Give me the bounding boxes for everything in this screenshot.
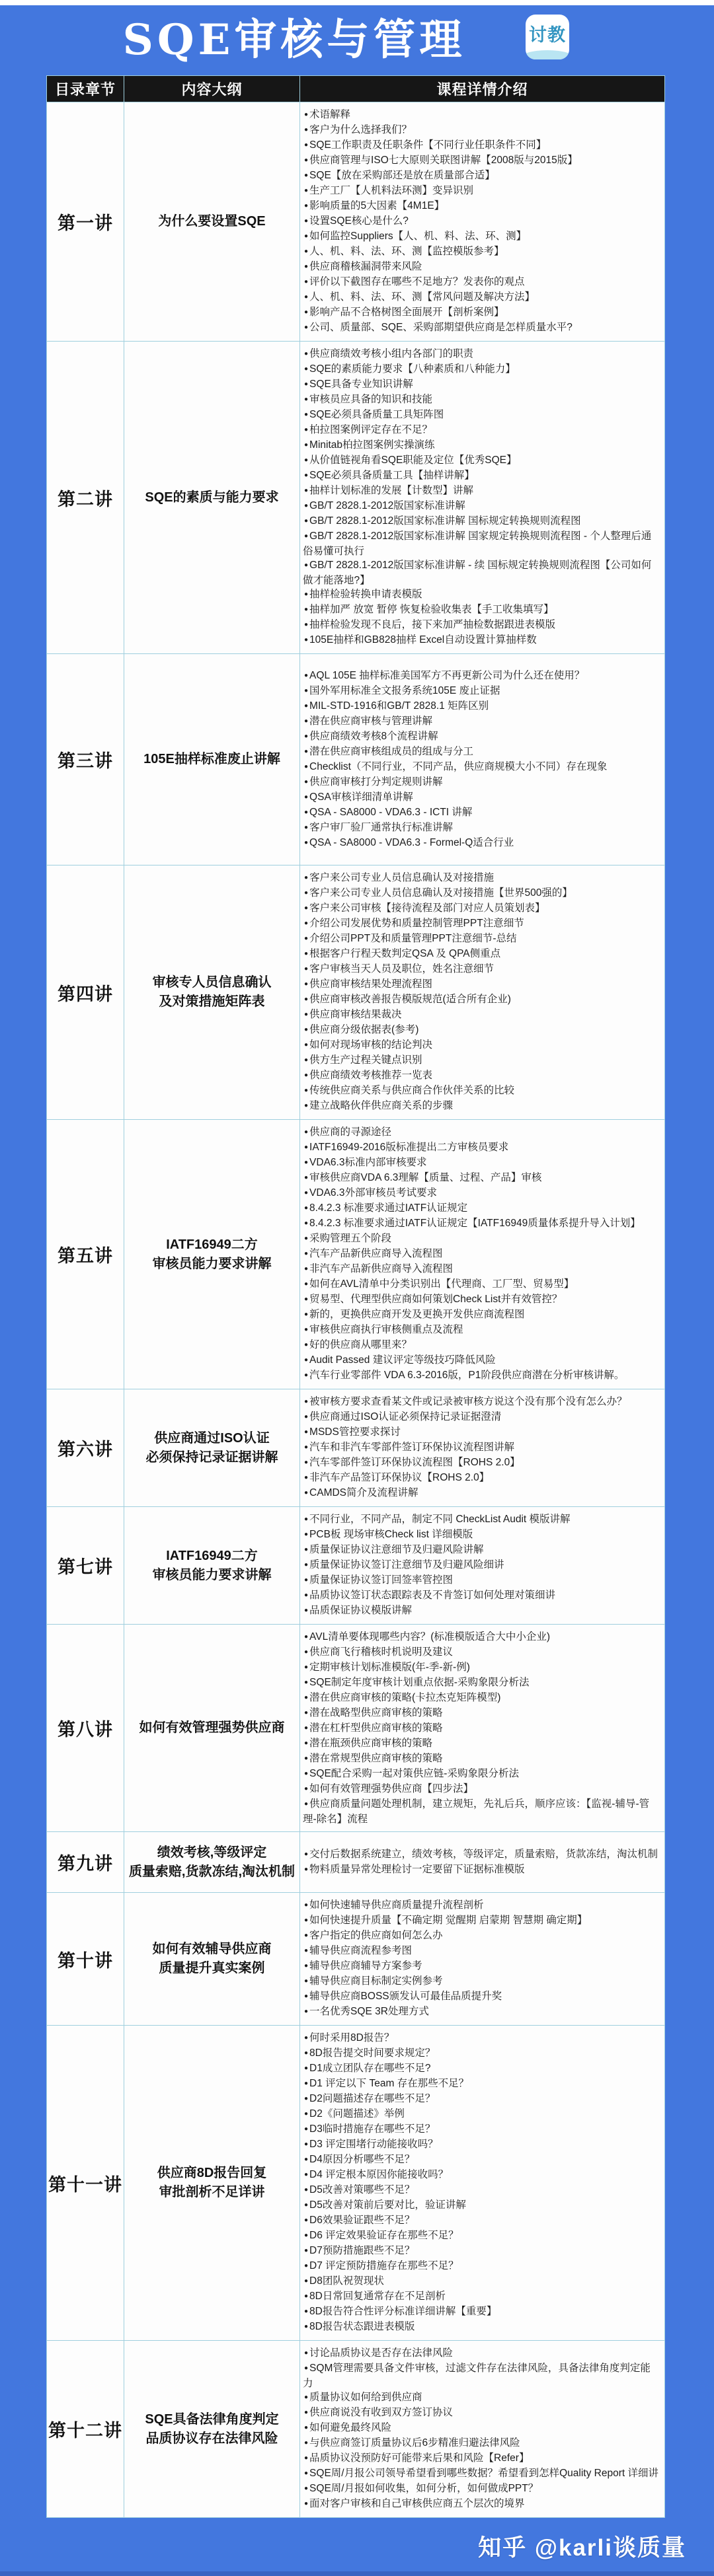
detail-item: 供应商的寻源途径: [303, 1125, 660, 1140]
detail-item: 品质协议签订状态跟踪表及不肯签订如何处理对策细讲: [303, 1588, 660, 1603]
chapter-cell: 第四讲: [47, 865, 124, 1120]
detail-item: SQE必须具备质量工具【抽样讲解】: [303, 468, 660, 484]
table-row: 第四讲 审核专人员信息确认 及对策措施矩阵表 客户来公司专业人员信息确认及对接措…: [47, 865, 665, 1120]
detail-item: 汽车产品新供应商导入流程图: [303, 1247, 660, 1262]
detail-item: SQE【放在采购部还是放在质量部合适】: [303, 168, 660, 184]
detail-item: GB/T 2828.1-2012版国家标准讲解: [303, 499, 660, 514]
detail-item: 供应商说没有收到双方签订协议: [303, 2406, 660, 2421]
detail-item: GB/T 2828.1-2012版国家标准讲解 - 续 国标规定转换规则流程图【…: [303, 558, 660, 587]
detail-item: D7 评定预防措施存在那些不足？: [303, 2259, 660, 2274]
detail-item: 审核员应具备的知识和技能: [303, 392, 660, 408]
detail-item: 非汽车产品签订环保协议【ROHS 2.0】: [303, 1471, 660, 1486]
detail-item: QSA - SA8000 - VDA6.3 - Formel-Q适合行业: [303, 836, 660, 851]
table-row: 第十一讲 供应商8D报告回复 审批剖析不足详讲 何时采用8D报告？8D报告提交时…: [47, 2026, 665, 2341]
detail-item: 从价值链视角看SQE职能及定位【优秀SQE】: [303, 453, 660, 468]
detail-item: 抽样检验转换申请表模版: [303, 587, 660, 603]
detail-item: 供应商质量问题处理机制，建立规矩，先礼后兵，顺序应该：【监视-辅导-管理-除名】…: [303, 1797, 660, 1826]
detail-item: 一名优秀SQE 3R处理方式: [303, 2005, 660, 2020]
detail-item: QSA - SA8000 - VDA6.3 - ICTI 讲解: [303, 805, 660, 821]
detail-item: 不同行业，不同产品，制定不同 CheckList Audit 模版讲解: [303, 1512, 660, 1527]
brand-logo-icon: 讨教: [526, 15, 569, 59]
detail-item: 如何监控Suppliers【人、机、料、法、环、测】: [303, 229, 660, 244]
details-cell: 供应商绩效考核小组内各部门的职责SQE的素质能力要求【八种素质和八种能力】SQE…: [300, 342, 665, 654]
detail-item: 介绍公司发展优势和质量控制管理PPT注意细节: [303, 916, 660, 932]
detail-item: 传统供应商关系与供应商合作伙伴关系的比较: [303, 1084, 660, 1099]
detail-item: 生产工厂【人机料法环测】变异识别: [303, 184, 660, 199]
table-row: 第二讲 SQE的素质与能力要求 供应商绩效考核小组内各部门的职责SQE的素质能力…: [47, 342, 665, 654]
outline-cell: 供应商8D报告回复 审批剖析不足详讲: [124, 2026, 300, 2341]
detail-item: 潜在供应商审核组成员的组成与分工: [303, 745, 660, 760]
outline-cell: 如何有效辅导供应商 质量提升真实案例: [124, 1893, 300, 2026]
page-footer: 知乎 @karli谈质量: [0, 2518, 714, 2576]
detail-item: QSA审核详细清单讲解: [303, 790, 660, 805]
detail-item: SQE工作职责及任职条件【不同行业任职条件不同】: [303, 138, 660, 153]
detail-item: 审核供应商执行审核侧重点及流程: [303, 1323, 660, 1338]
detail-item: CAMDS简介及流程讲解: [303, 1486, 660, 1501]
detail-item: VDA6.3外部审核员考试要求: [303, 1186, 660, 1201]
outline-cell: 105E抽样标准废止讲解: [124, 654, 300, 865]
chapter-cell: 第九讲: [47, 1832, 124, 1893]
details-cell: AQL 105E 抽样标准美国军方不再更新公司为什么还在使用？国外军用标准全文报…: [300, 654, 665, 865]
detail-item: 品质保证协议模版讲解: [303, 1603, 660, 1619]
detail-item: 辅导供应商目标制定实例参考: [303, 1974, 660, 1989]
detail-item: D5改善对策前后要对比，验证讲解: [303, 2198, 660, 2213]
detail-item: SQE的素质能力要求【八种素质和八种能力】: [303, 362, 660, 377]
detail-item: 供应商管理与ISO七大原则关联图讲解【2008版与2015版】: [303, 153, 660, 168]
outline-cell: 如何有效管理强势供应商: [124, 1625, 300, 1832]
detail-item: GB/T 2828.1-2012版国家标准讲解 国标规定转换规则流程图: [303, 514, 660, 529]
detail-item: 如何快速提升质量【不确定期 觉醒期 启蒙期 智慧期 确定期】: [303, 1913, 660, 1929]
detail-item: 好的供应商从哪里来？: [303, 1338, 660, 1353]
detail-item: IATF16949-2016版标准提出二方审核员要求: [303, 1140, 660, 1156]
detail-item: 术语解释: [303, 108, 660, 123]
table-header-row: 目录章节 内容大纲 课程详情介绍: [47, 76, 665, 102]
outline-cell: SQE具备法律角度判定 品质协议存在法律风险: [124, 2341, 300, 2518]
outline-cell: 审核专人员信息确认 及对策措施矩阵表: [124, 865, 300, 1120]
detail-item: 交付后数据系统建立，绩效考核，等级评定，质量索赔，货款冻结，淘汰机制: [303, 1847, 660, 1862]
detail-item: 抽样加严 放宽 暂停 恢复检验收集表【手工收集填写】: [303, 603, 660, 618]
detail-item: 抽样计划标准的发展【计数型】讲解: [303, 484, 660, 499]
detail-item: 如何有效管理强势供应商【四步法】: [303, 1782, 660, 1797]
detail-item: D3临时措施存在哪些不足？: [303, 2122, 660, 2137]
details-cell: 客户来公司专业人员信息确认及对接措施客户来公司专业人员信息确认及对接措施【世界5…: [300, 865, 665, 1120]
detail-item: 设置SQE核心是什么?: [303, 214, 660, 229]
detail-item: 客户来公司专业人员信息确认及对接措施: [303, 871, 660, 886]
detail-item: D7预防措施跟些不足？: [303, 2244, 660, 2259]
detail-item: SQE具备专业知识讲解: [303, 377, 660, 392]
detail-item: MIL-STD-1916和GB/T 2828.1 矩阵区别: [303, 699, 660, 714]
detail-item: 讨论品质协议是否存在法律风险: [303, 2346, 660, 2361]
detail-item: 供应商绩效考核推荐一览表: [303, 1068, 660, 1084]
detail-item: 被审核方要求查看某文件或记录被审核方说这个没有那个没有怎么办？: [303, 1395, 660, 1410]
details-cell: 何时采用8D报告？8D报告提交时间要求规定？D1成立团队存在哪些不足?D1 评定…: [300, 2026, 665, 2341]
detail-item: D2《问题描述》举例: [303, 2107, 660, 2122]
detail-item: 质量保证协议注意细节及归避风险讲解: [303, 1543, 660, 1558]
detail-item: D4 评定根本原因你能接收吗？: [303, 2168, 660, 2183]
chapter-cell: 第五讲: [47, 1120, 124, 1389]
detail-item: D5改善对策哪些不足？: [303, 2183, 660, 2198]
detail-item: 客户为什么选择我们？: [303, 123, 660, 138]
detail-item: 柏拉图案例评定存在不足？: [303, 423, 660, 438]
logo-text: 讨教: [526, 20, 569, 46]
detail-item: 105E抽样和GB828抽样 Excel自动设置计算抽样数: [303, 633, 660, 648]
detail-item: AVL清单要体现哪些内容？(标准模版适合大中小企业): [303, 1630, 660, 1645]
footer-credit: 知乎 @karli谈质量: [478, 2530, 686, 2563]
outline-cell: SQE的素质与能力要求: [124, 342, 300, 654]
page-root: { "header": { "title": "SQE审核与管理", "logo…: [0, 0, 714, 2576]
top-white-strip: [0, 0, 714, 5]
detail-item: PCB板 现场审核Check list 详细模版: [303, 1527, 660, 1543]
detail-item: 8.4.2.3 标准要求通过IATF认证规定【IATF16949质量体系提升导入…: [303, 1216, 660, 1232]
detail-item: 供应商审核结果裁决: [303, 1008, 660, 1023]
detail-item: 如何对现场审核的结论判决: [303, 1038, 660, 1053]
detail-item: 面对客户审核和自己审核供应商五个层次的境界: [303, 2497, 660, 2512]
outline-cell: IATF16949二方 审核员能力要求讲解: [124, 1120, 300, 1389]
table-row: 第十讲 如何有效辅导供应商 质量提升真实案例 如何快速辅导供应商质量提升流程剖析…: [47, 1893, 665, 2026]
detail-item: SQE必须具备质量工具矩阵图: [303, 408, 660, 423]
detail-item: D8团队祝贺现状: [303, 2274, 660, 2289]
detail-item: 审核供应商VDA 6.3理解【质量、过程、产品】审核: [303, 1171, 660, 1186]
detail-item: 定期审核计划标准模版(年-季-新-例): [303, 1660, 660, 1675]
table-body: 第一讲 为什么要设置SQE 术语解释客户为什么选择我们？SQE工作职责及任职条件…: [47, 102, 665, 2518]
detail-item: 供应商审核打分判定规则讲解: [303, 775, 660, 790]
detail-item: Checklist（不同行业，不同产品，供应商规模大小不同）存在现象: [303, 760, 660, 775]
detail-item: Audit Passed 建议评定等级技巧降低风险: [303, 1353, 660, 1368]
detail-item: 辅导供应商辅导方案参考: [303, 1959, 660, 1974]
detail-item: 物料质量异常处理检讨一定要留下证据标准模版: [303, 1862, 660, 1878]
detail-item: 供应商分级依据表(参考): [303, 1023, 660, 1038]
detail-item: GB/T 2828.1-2012版国家标准讲解 国家规定转换规则流程图 - 个人…: [303, 529, 660, 558]
details-cell: 讨论品质协议是否存在法律风险SQM管理需要具备文件审核，过滤文件存在法律风险，具…: [300, 2341, 665, 2518]
detail-item: 如何在AVL清单中分类识别出【代理商、工厂型、贸易型】: [303, 1277, 660, 1292]
detail-item: Minitab柏拉图案例实操演练: [303, 438, 660, 453]
detail-item: 新的，更换供应商开发及更换开发供应商流程图: [303, 1307, 660, 1323]
details-cell: 如何快速辅导供应商质量提升流程剖析如何快速提升质量【不确定期 觉醒期 启蒙期 智…: [300, 1893, 665, 2026]
table-row: 第六讲 供应商通过ISO认证 必须保持记录证据讲解 被审核方要求查看某文件或记录…: [47, 1389, 665, 1507]
detail-item: 公司、质量部、SQE、采购部期望供应商是怎样质量水平?: [303, 320, 660, 336]
detail-item: 客户审核当天人员及职位，姓名注意细节: [303, 962, 660, 977]
details-cell: 被审核方要求查看某文件或记录被审核方说这个没有那个没有怎么办？供应商通过ISO认…: [300, 1389, 665, 1507]
outline-cell: IATF16949二方 审核员能力要求讲解: [124, 1507, 300, 1625]
table-row: 第一讲 为什么要设置SQE 术语解释客户为什么选择我们？SQE工作职责及任职条件…: [47, 102, 665, 342]
detail-item: 如何避免最终风险: [303, 2421, 660, 2436]
table-row: 第五讲 IATF16949二方 审核员能力要求讲解 供应商的寻源途径IATF16…: [47, 1120, 665, 1389]
detail-item: 质量保证协议签订注意细节及归避风险细讲: [303, 1558, 660, 1573]
detail-item: 建立战略伙伴供应商关系的步骤: [303, 1099, 660, 1114]
detail-item: SQE制定年度审核计划重点依据-采购象限分析法: [303, 1675, 660, 1691]
detail-item: MSDS管控要求探讨: [303, 1425, 660, 1440]
detail-item: 客户来公司审核【接待流程及部门对应人员策划表】: [303, 901, 660, 916]
header-cell-chapter: 目录章节: [47, 76, 124, 102]
chapter-cell: 第二讲: [47, 342, 124, 654]
detail-item: VDA6.3标准内部审核要求: [303, 1156, 660, 1171]
detail-item: 质量协议如何给到供应商: [303, 2390, 660, 2406]
details-cell: 交付后数据系统建立，绩效考核，等级评定，质量索赔，货款冻结，淘汰机制物料质量异常…: [300, 1832, 665, 1893]
detail-item: 非汽车产品新供应商导入流程图: [303, 1262, 660, 1277]
page-title: SQE审核与管理: [123, 19, 466, 61]
detail-item: 供应商绩效考核小组内各部门的职责: [303, 347, 660, 362]
detail-item: 客户来公司专业人员信息确认及对接措施【世界500强的】: [303, 886, 660, 901]
detail-item: 汽车行业零部件 VDA 6.3-2016版，P1阶段供应商潜在分析审核讲解。: [303, 1368, 660, 1383]
detail-item: 采购管理五个阶段: [303, 1232, 660, 1247]
detail-item: 供应商审核改善报告模版规范(适合所有企业): [303, 992, 660, 1008]
detail-item: 潜在杠杆型供应商审核的策略: [303, 1721, 660, 1736]
detail-item: AQL 105E 抽样标准美国军方不再更新公司为什么还在使用？: [303, 669, 660, 684]
detail-item: 与供应商签订质量协议后6步精准归避法律风险: [303, 2436, 660, 2451]
detail-item: 抽样检验发现不良后，接下来加严抽检数据跟进表模版: [303, 618, 660, 633]
detail-item: 8.4.2.3 标准要求通过IATF认证规定: [303, 1201, 660, 1216]
detail-item: 影响产品不合格树图全面展开【剖析案例】: [303, 305, 660, 320]
detail-item: 根据客户行程天数判定QSA 及 QPA侧重点: [303, 947, 660, 962]
detail-item: SQE配合采购一起对策供应链-采购象限分析法: [303, 1767, 660, 1782]
chapter-cell: 第十一讲: [47, 2026, 124, 2341]
table-row: 第十二讲 SQE具备法律角度判定 品质协议存在法律风险 讨论品质协议是否存在法律…: [47, 2341, 665, 2518]
detail-item: 汽车和非汽车零部件签订环保协议流程图讲解: [303, 1440, 660, 1455]
course-table: 目录章节 内容大纲 课程详情介绍 第一讲 为什么要设置SQE 术语解释客户为什么…: [46, 75, 665, 2518]
detail-item: SQE周/月报公司领导希望看到哪些数据？希望看到怎样Quality Report…: [303, 2466, 660, 2482]
detail-item: 潜在供应商审核的策略(卡拉杰克矩阵模型): [303, 1691, 660, 1706]
detail-item: D2问题描述存在哪些不足？: [303, 2092, 660, 2107]
detail-item: 供应商稽核漏洞带来风险: [303, 260, 660, 275]
detail-item: 客户审厂验厂通常执行标准讲解: [303, 821, 660, 836]
detail-item: 供应商飞行稽核时机说明及建议: [303, 1645, 660, 1660]
chapter-cell: 第十讲: [47, 1893, 124, 2026]
details-cell: 术语解释客户为什么选择我们？SQE工作职责及任职条件【不同行业任职条件不同】供应…: [300, 102, 665, 342]
chapter-cell: 第一讲: [47, 102, 124, 342]
detail-item: 8D报告符合性评分标准详细讲解【重要】: [303, 2304, 660, 2320]
detail-item: 质量保证协议签订回签率管控图: [303, 1573, 660, 1588]
detail-item: 供应商绩效考核8个流程讲解: [303, 729, 660, 745]
detail-item: D1 评定以下 Team 存在那些不足？: [303, 2077, 660, 2092]
detail-item: 潜在瓶颈供应商审核的策略: [303, 1736, 660, 1751]
detail-item: D6 评定效果验证存在那些不足？: [303, 2228, 660, 2244]
detail-item: 客户指定的供应商如何怎么办: [303, 1929, 660, 1944]
detail-item: SQM管理需要具备文件审核，过滤文件存在法律风险，具备法律角度判定能力: [303, 2361, 660, 2390]
bottom-edge-strip: [0, 2571, 714, 2576]
table-row: 第七讲 IATF16949二方 审核员能力要求讲解 不同行业，不同产品，制定不同…: [47, 1507, 665, 1625]
outline-cell: 绩效考核,等级评定 质量索赔,货款冻结,淘汰机制: [124, 1832, 300, 1893]
detail-item: 8D报告提交时间要求规定？: [303, 2046, 660, 2061]
logo-wave-shape: [526, 50, 569, 59]
detail-item: D1成立团队存在哪些不足?: [303, 2061, 660, 2077]
details-cell: 不同行业，不同产品，制定不同 CheckList Audit 模版讲解PCB板 …: [300, 1507, 665, 1625]
chapter-cell: 第八讲: [47, 1625, 124, 1832]
detail-item: 影响质量的5大因素【4M1E】: [303, 199, 660, 214]
details-cell: AVL清单要体现哪些内容？(标准模版适合大中小企业)供应商飞行稽核时机说明及建议…: [300, 1625, 665, 1832]
page-header: SQE审核与管理 讨教: [0, 5, 714, 75]
detail-item: SQE周/月报如何收集，如何分析，如何做成PPT？: [303, 2482, 660, 2497]
outline-cell: 供应商通过ISO认证 必须保持记录证据讲解: [124, 1389, 300, 1507]
detail-item: 潜在常规型供应商审核的策略: [303, 1751, 660, 1767]
detail-item: 国外军用标准全文报务系统105E 废止证据: [303, 684, 660, 699]
detail-item: 贸易型、代理型供应商如何策划Check List并有效管控？: [303, 1292, 660, 1307]
detail-item: D6效果验证跟些不足？: [303, 2213, 660, 2228]
chapter-cell: 第十二讲: [47, 2341, 124, 2518]
chapter-cell: 第七讲: [47, 1507, 124, 1625]
detail-item: 辅导供应商BOSS颁发认可最佳品质提升奖: [303, 1989, 660, 2005]
detail-item: 供应商通过ISO认证必须保持记录证据澄清: [303, 1410, 660, 1425]
chapter-cell: 第六讲: [47, 1389, 124, 1507]
detail-item: 8D日常回复通常存在不足剖析: [303, 2289, 660, 2304]
detail-item: D4原因分析哪些不足？: [303, 2153, 660, 2168]
chapter-cell: 第三讲: [47, 654, 124, 865]
detail-item: 品质协议没预防好可能带来后果和风险【Refer】: [303, 2451, 660, 2466]
detail-item: 人、机、料、法、环、测【常风问题及解决方法】: [303, 290, 660, 305]
detail-item: 何时采用8D报告？: [303, 2031, 660, 2046]
detail-item: 8D报告状态跟进表模版: [303, 2320, 660, 2335]
detail-item: 评价以下截图存在哪些不足地方？发表你的观点: [303, 275, 660, 290]
detail-item: 供方生产过程关键点识别: [303, 1053, 660, 1068]
outline-cell: 为什么要设置SQE: [124, 102, 300, 342]
table-row: 第三讲 105E抽样标准废止讲解 AQL 105E 抽样标准美国军方不再更新公司…: [47, 654, 665, 865]
table-row: 第八讲 如何有效管理强势供应商 AVL清单要体现哪些内容？(标准模版适合大中小企…: [47, 1625, 665, 1832]
details-cell: 供应商的寻源途径IATF16949-2016版标准提出二方审核员要求VDA6.3…: [300, 1120, 665, 1389]
detail-item: 介绍公司PPT及和质量管理PPT注意细节-总结: [303, 932, 660, 947]
header-cell-details: 课程详情介绍: [300, 76, 665, 102]
detail-item: 人、机、料、法、环、测【监控模版参考】: [303, 244, 660, 260]
detail-item: D3 评定围堵行动能接收吗？: [303, 2137, 660, 2153]
detail-item: 汽车零部件签订环保协议流程图【ROHS 2.0】: [303, 1455, 660, 1471]
header-cell-outline: 内容大纲: [124, 76, 300, 102]
detail-item: 如何快速辅导供应商质量提升流程剖析: [303, 1898, 660, 1913]
detail-item: 辅导供应商流程参考图: [303, 1944, 660, 1959]
detail-item: 潜在供应商审核与管理讲解: [303, 714, 660, 729]
table-row: 第九讲 绩效考核,等级评定 质量索赔,货款冻结,淘汰机制 交付后数据系统建立，绩…: [47, 1832, 665, 1893]
detail-item: 供应商审核结果处理流程图: [303, 977, 660, 992]
detail-item: 潜在战略型供应商审核的策略: [303, 1706, 660, 1721]
